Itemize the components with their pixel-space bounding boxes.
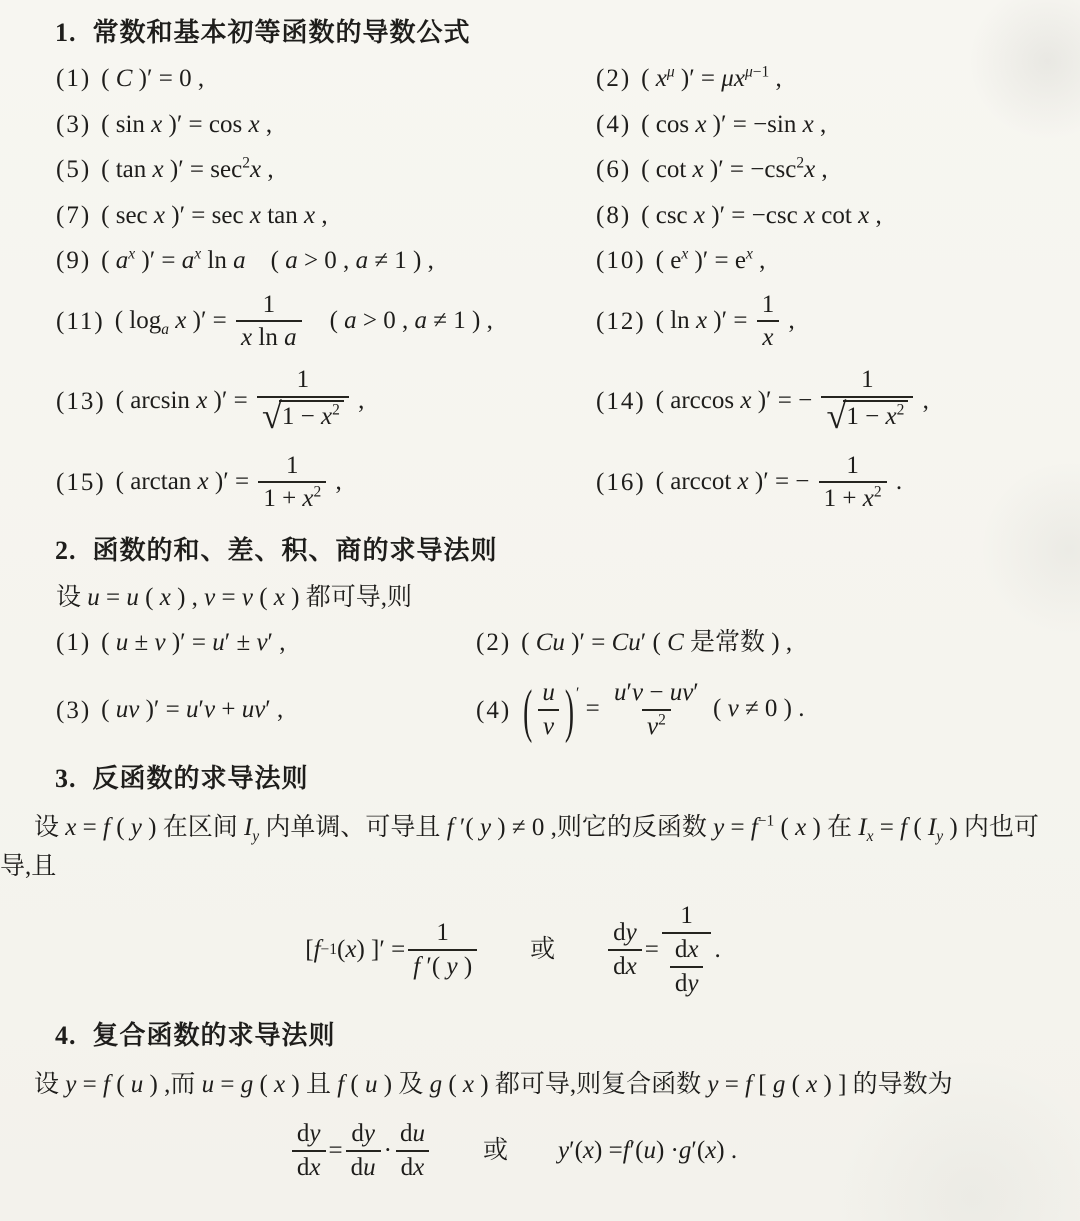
formula-math: ( ex )′ = ex , (656, 245, 766, 278)
math-variable: x (302, 485, 313, 512)
math-variable: u (131, 1071, 144, 1098)
item-number: (1) (56, 65, 91, 93)
math-variable: x (804, 202, 815, 229)
section-1-heading: 1.常数和基本初等函数的导数公式 (55, 12, 1056, 49)
denominator: v (538, 709, 559, 742)
left-paren: ( (521, 672, 534, 749)
section-inverse-function-rule: 3.反函数的求导法则 设 x = f ( y ) 在区间 Iy 内单调、可导且 … (0, 758, 1056, 999)
math-variable: x (196, 387, 207, 414)
math-variable: v (632, 679, 643, 706)
math-variable: x (696, 306, 707, 333)
math-variable: y (65, 1071, 76, 1098)
math-variable: x (803, 111, 814, 138)
numerator: 1 (757, 291, 780, 321)
formula-item: (11)( loga x )′ = 1x ln a ( a > 0 , a ≠ … (56, 291, 596, 354)
math-variable: f (103, 814, 110, 841)
math-variable: f (413, 953, 420, 980)
math-variable: x (198, 467, 209, 494)
item-number: (8) (596, 202, 631, 230)
math-variable: g (679, 1135, 692, 1168)
formula-item: (13)( arcsin x )′ = 1√1 − x2 , (56, 366, 596, 439)
formula-item: (7)( sec x )′ = sec x tan x , (56, 200, 596, 233)
math-variable: a (415, 306, 428, 333)
math-variable: x (160, 584, 171, 611)
math-variable: x (154, 202, 165, 229)
item-number: (2) (596, 65, 631, 93)
math-variable: u (202, 1071, 215, 1098)
math-variable: v (647, 713, 658, 740)
right-paren: ) (563, 672, 576, 749)
item-number: (10) (596, 247, 646, 275)
formula-math: (uv)′ = u′v − uv′v2 ( v ≠ 0 ) . (521, 679, 804, 742)
fraction: uv (537, 679, 560, 742)
denominator: v2 (642, 709, 671, 742)
math-variable: y (131, 814, 142, 841)
numerator: dy (346, 1120, 380, 1150)
math-variable: x (128, 246, 135, 263)
math-variable: x (681, 246, 688, 263)
math-variable: y (558, 1135, 569, 1168)
math-variable: x (804, 156, 815, 183)
math-variable: x (795, 814, 806, 841)
math-variable: C (667, 629, 684, 656)
denominator: 1 + x2 (258, 481, 326, 514)
fraction: dydu (346, 1120, 381, 1183)
numerator: 1 (281, 452, 304, 482)
numerator: u (537, 679, 560, 709)
section-2-number: 2. (55, 536, 77, 565)
section-derivative-formulas: 1.常数和基本初等函数的导数公式 (1)( C )′ = 0 ,(2)( xμ … (0, 12, 1056, 514)
fraction: 11 + x2 (258, 452, 326, 515)
section-3-title: 反函数的求导法则 (93, 764, 309, 793)
formula-math: ( xμ )′ = μxμ−1 , (641, 63, 782, 96)
math-variable: y (446, 953, 457, 980)
math-variable: x (151, 111, 162, 138)
chain-rule-formula: dydx = dydu · dudx 或 y′( x ) = f ′( u ) … (0, 1120, 1026, 1183)
math-variable: y (252, 828, 259, 845)
math-variable: x (656, 65, 667, 92)
denominator: √1 − x2 (821, 396, 913, 439)
section-2-title: 函数的和、差、积、商的求导法则 (93, 536, 498, 565)
fraction: 1√1 − x2 (821, 366, 913, 439)
fraction: 1√1 − x2 (257, 366, 349, 439)
item-number: (6) (596, 156, 631, 184)
item-number: (3) (56, 697, 91, 725)
math-variable: f (314, 934, 321, 967)
math-variable: u (365, 1071, 378, 1098)
numerator: dx (670, 936, 704, 966)
math-variable: f (623, 1135, 630, 1168)
numerator: 1 (431, 919, 454, 949)
math-variable: y (626, 919, 637, 946)
math-variable: f (900, 814, 907, 841)
math-variable: v (154, 629, 165, 656)
math-variable: x (583, 1135, 594, 1168)
math-variable: x (693, 156, 704, 183)
math-variable: y (936, 828, 943, 845)
math-variable: v (242, 584, 253, 611)
math-variable: u (186, 696, 199, 723)
math-variable: a (356, 247, 369, 274)
section-4-title: 复合函数的求导法则 (93, 1021, 336, 1050)
numerator: 1 (675, 902, 698, 932)
math-variable: y (480, 814, 491, 841)
denominator: 1 + x2 (819, 481, 887, 514)
formula-math: ( ax )′ = ax ln a ( a > 0 , a ≠ 1 ) , (101, 245, 434, 278)
item-number: (15) (56, 469, 106, 497)
formula-item: (15)( arctan x )′ = 11 + x2 , (56, 452, 596, 515)
math-variable: x (250, 202, 261, 229)
math-variable: I (858, 814, 866, 841)
item-number: (7) (56, 202, 91, 230)
square-root: √1 − x2 (262, 400, 344, 438)
formula-math: ( loga x )′ = 1x ln a ( a > 0 , a ≠ 1 ) … (115, 291, 493, 354)
math-variable: x (274, 1071, 285, 1098)
formula-math: ( arccos x )′ = − 1√1 − x2 , (656, 366, 929, 439)
denominator: du (346, 1150, 381, 1183)
math-variable: x (858, 202, 869, 229)
math-variable: y (364, 1120, 375, 1147)
numerator: 1 (258, 291, 281, 321)
fraction: 11 + x2 (819, 452, 887, 515)
math-variable: x (762, 324, 773, 351)
fraction: dudx (395, 1120, 430, 1183)
fraction: 1f ′( y ) (408, 919, 477, 982)
math-variable: x (194, 246, 201, 263)
math-variable: u (126, 584, 139, 611)
math-variable: f (751, 814, 758, 841)
math-variable: y (713, 814, 724, 841)
math-variable: u (412, 1120, 425, 1147)
math-variable: y (309, 1120, 320, 1147)
denominator: dx (608, 949, 642, 982)
item-number: (14) (596, 388, 646, 416)
math-variable: a (182, 247, 195, 274)
math-variable: x (738, 467, 749, 494)
formula-item: (6)( cot x )′ = −csc2x , (596, 154, 1056, 187)
square-root: √1 − x2 (826, 400, 908, 438)
section-3-paragraph: 设 x = f ( y ) 在区间 Iy 内单调、可导且 f ′( y ) ≠ … (0, 809, 1056, 887)
formula-item: (16)( arccot x )′ = − 11 + x2 . (596, 452, 1056, 515)
fraction: 1dxdy (662, 902, 712, 998)
item-number: (2) (476, 629, 511, 657)
math-variable: μ (721, 65, 734, 92)
textbook-page: 1.常数和基本初等函数的导数公式 (1)( C )′ = 0 ,(2)( xμ … (0, 0, 1080, 1183)
denominator: x ln a (236, 320, 302, 353)
math-variable: u (614, 679, 627, 706)
radicand: 1 − x2 (279, 400, 344, 432)
math-variable: Cu (536, 629, 565, 656)
section-chain-rule: 4.复合函数的求导法则 设 y = f ( u ) ,而 u = g ( x )… (0, 1015, 1056, 1183)
math-variable: uv (670, 679, 694, 706)
formula-math: ( u ± v )′ = u′ ± v′ , (101, 627, 285, 660)
denominator: dx (396, 1150, 430, 1183)
radical-sign: √ (826, 397, 846, 435)
math-variable: x (345, 934, 356, 967)
formula-item: (9)( ax )′ = ax ln a ( a > 0 , a ≠ 1 ) , (56, 245, 596, 278)
formula-item: (2)( Cu )′ = Cu′ ( C 是常数 ) , (476, 627, 1056, 660)
item-number: (16) (596, 469, 646, 497)
item-number: (11) (56, 308, 105, 336)
formula-math: ( tan x )′ = sec2x , (101, 154, 273, 187)
math-variable: x (740, 387, 751, 414)
section-4-number: 4. (55, 1021, 77, 1050)
formula-item: (1)( C )′ = 0 , (56, 63, 596, 96)
numerator: 1 (292, 366, 315, 396)
math-variable: y (687, 970, 698, 997)
formula-math: ( ln x )′ = 1x , (656, 291, 795, 354)
math-variable: g (241, 1071, 254, 1098)
math-variable: u (212, 629, 225, 656)
item-number: (4) (596, 111, 631, 139)
math-variable: x (413, 1154, 424, 1181)
math-variable: x (695, 111, 706, 138)
fraction: 1x ln a (236, 291, 302, 354)
math-variable: x (248, 111, 259, 138)
formula-item: (5)( tan x )′ = sec2x , (56, 154, 596, 187)
formula-item: (12)( ln x )′ = 1x , (596, 291, 1056, 354)
radicand: 1 − x2 (843, 400, 908, 432)
formula-math: ( arctan x )′ = 11 + x2 , (116, 452, 342, 515)
math-variable: f (337, 1071, 344, 1098)
math-variable: μ (667, 64, 675, 81)
formula-item: (14)( arccos x )′ = − 1√1 − x2 , (596, 366, 1056, 439)
math-variable: a (285, 247, 298, 274)
math-variable: a (344, 306, 357, 333)
math-variable: μ (745, 64, 753, 81)
formula-math: ( C )′ = 0 , (101, 63, 204, 96)
math-variable: x (175, 306, 186, 333)
item-number: (5) (56, 156, 91, 184)
numerator: du (395, 1120, 430, 1150)
fraction: 1x (757, 291, 780, 354)
math-variable: u (87, 584, 100, 611)
math-variable: v (204, 696, 215, 723)
formula-item: (3)( sin x )′ = cos x , (56, 109, 596, 142)
inverse-function-formula: [ f−1 ( x ) ]′ = 1f ′( y ) 或 dydx = 1dxd… (0, 902, 1026, 998)
numerator: u′v − uv′ (609, 679, 704, 709)
denominator: √1 − x2 (257, 396, 349, 439)
math-variable: v (256, 629, 267, 656)
math-variable: x (694, 202, 705, 229)
math-variable: uv (116, 696, 140, 723)
formula-math: ( arcsin x )′ = 1√1 − x2 , (116, 366, 365, 439)
math-variable: x (65, 814, 76, 841)
math-variable: a (284, 324, 297, 351)
formula-item: (4)( cos x )′ = −sin x , (596, 109, 1056, 142)
math-variable: a (233, 247, 246, 274)
formula-item: (1)( u ± v )′ = u′ ± v′ , (56, 627, 476, 660)
math-variable: x (626, 953, 637, 980)
numerator: dy (608, 919, 642, 949)
big-paren-group: (uv) (521, 679, 576, 742)
math-variable: f (745, 1071, 752, 1098)
fraction: dydx (292, 1120, 326, 1183)
fraction: dxdy (670, 936, 704, 999)
fraction: dydx (608, 919, 642, 982)
numerator: dy (292, 1120, 326, 1150)
math-variable: u (116, 629, 129, 656)
item-number: (9) (56, 247, 91, 275)
math-variable: Cu (612, 629, 641, 656)
section-1-number: 1. (55, 18, 77, 47)
formula-math: ( cot x )′ = −csc2x , (641, 154, 828, 187)
math-variable: x (705, 1135, 716, 1168)
section-2-intro: 设 u = u ( x ) , v = v ( x ) 都可导,则 (56, 581, 1056, 615)
math-variable: x (863, 485, 874, 512)
denominator: x (757, 320, 778, 353)
formula-item: (10)( ex )′ = ex , (596, 245, 1056, 278)
section-4-heading: 4.复合函数的求导法则 (55, 1015, 1056, 1052)
formula-math: ( arccot x )′ = − 11 + x2 . (656, 452, 902, 515)
formula-item: (2)( xμ )′ = μxμ−1 , (596, 63, 1056, 96)
item-number: (13) (56, 388, 106, 416)
math-variable: x (304, 202, 315, 229)
formula-math: ( Cu )′ = Cu′ ( C 是常数 ) , (521, 627, 792, 660)
section-3-heading: 3.反函数的求导法则 (55, 758, 1056, 795)
math-variable: x (274, 584, 285, 611)
math-variable: x (734, 65, 745, 92)
math-variable: v (204, 584, 215, 611)
numerator: 1 (841, 452, 864, 482)
item-number: (12) (596, 308, 646, 336)
formula-grid-basic-derivatives: (1)( C )′ = 0 ,(2)( xμ )′ = μxμ−1 ,(3)( … (56, 63, 1056, 514)
math-variable: x (309, 1154, 320, 1181)
math-variable: u (542, 679, 555, 706)
math-variable: x (321, 403, 332, 430)
math-variable: uv (242, 696, 266, 723)
math-variable: f (447, 814, 454, 841)
radical-sign: √ (262, 397, 282, 435)
math-variable: g (773, 1071, 786, 1098)
item-number: (3) (56, 111, 91, 139)
math-variable: y (707, 1071, 718, 1098)
math-variable: f (103, 1071, 110, 1098)
math-variable: x (746, 246, 753, 263)
denominator: dy (670, 966, 704, 999)
math-variable: x (463, 1071, 474, 1098)
math-variable: u (363, 1154, 376, 1181)
item-number: (4) (476, 697, 511, 725)
item-number: (1) (56, 629, 91, 657)
math-variable: x (885, 403, 896, 430)
formula-item: (3)( uv )′ = u′v + uv′ , (56, 694, 476, 727)
section-4-paragraph: 设 y = f ( u ) ,而 u = g ( x ) 且 f ( u ) 及… (0, 1066, 1056, 1105)
math-variable: x (153, 156, 164, 183)
formula-math: ( sin x )′ = cos x , (101, 109, 272, 142)
formula-math: ( cos x )′ = −sin x , (641, 109, 826, 142)
math-variable: x (806, 1071, 817, 1098)
formula-math: ( uv )′ = u′v + uv′ , (101, 694, 283, 727)
denominator: f ′( y ) (408, 949, 477, 982)
numerator: 1 (856, 366, 879, 396)
math-variable: v (543, 713, 554, 740)
denominator: dxdy (662, 932, 712, 999)
section-2-heading: 2.函数的和、差、积、商的求导法则 (55, 530, 1056, 567)
math-variable: x (687, 936, 698, 963)
math-variable: a (161, 320, 169, 337)
section-3-number: 3. (55, 764, 77, 793)
denominator: dx (292, 1150, 326, 1183)
math-variable: I (928, 814, 936, 841)
math-variable: u (643, 1135, 656, 1168)
formula-grid-rules: (1)( u ± v )′ = u′ ± v′ ,(2)( Cu )′ = Cu… (56, 627, 1056, 742)
math-variable: C (116, 65, 133, 92)
math-variable: x (867, 828, 874, 845)
section-derivation-rules: 2.函数的和、差、积、商的求导法则 设 u = u ( x ) , v = v … (0, 530, 1056, 742)
math-variable: a (116, 247, 129, 274)
section-1-title: 常数和基本初等函数的导数公式 (93, 18, 471, 47)
formula-item: (8)( csc x )′ = −csc x cot x , (596, 200, 1056, 233)
formula-math: ( csc x )′ = −csc x cot x , (641, 200, 882, 233)
math-variable: x (241, 324, 252, 351)
math-variable: x (250, 156, 261, 183)
formula-item: (4)(uv)′ = u′v − uv′v2 ( v ≠ 0 ) . (476, 679, 1056, 742)
math-variable: v (728, 695, 739, 722)
math-variable: g (430, 1071, 443, 1098)
fraction: u′v − uv′v2 (609, 679, 704, 742)
formula-math: ( sec x )′ = sec x tan x , (101, 200, 327, 233)
